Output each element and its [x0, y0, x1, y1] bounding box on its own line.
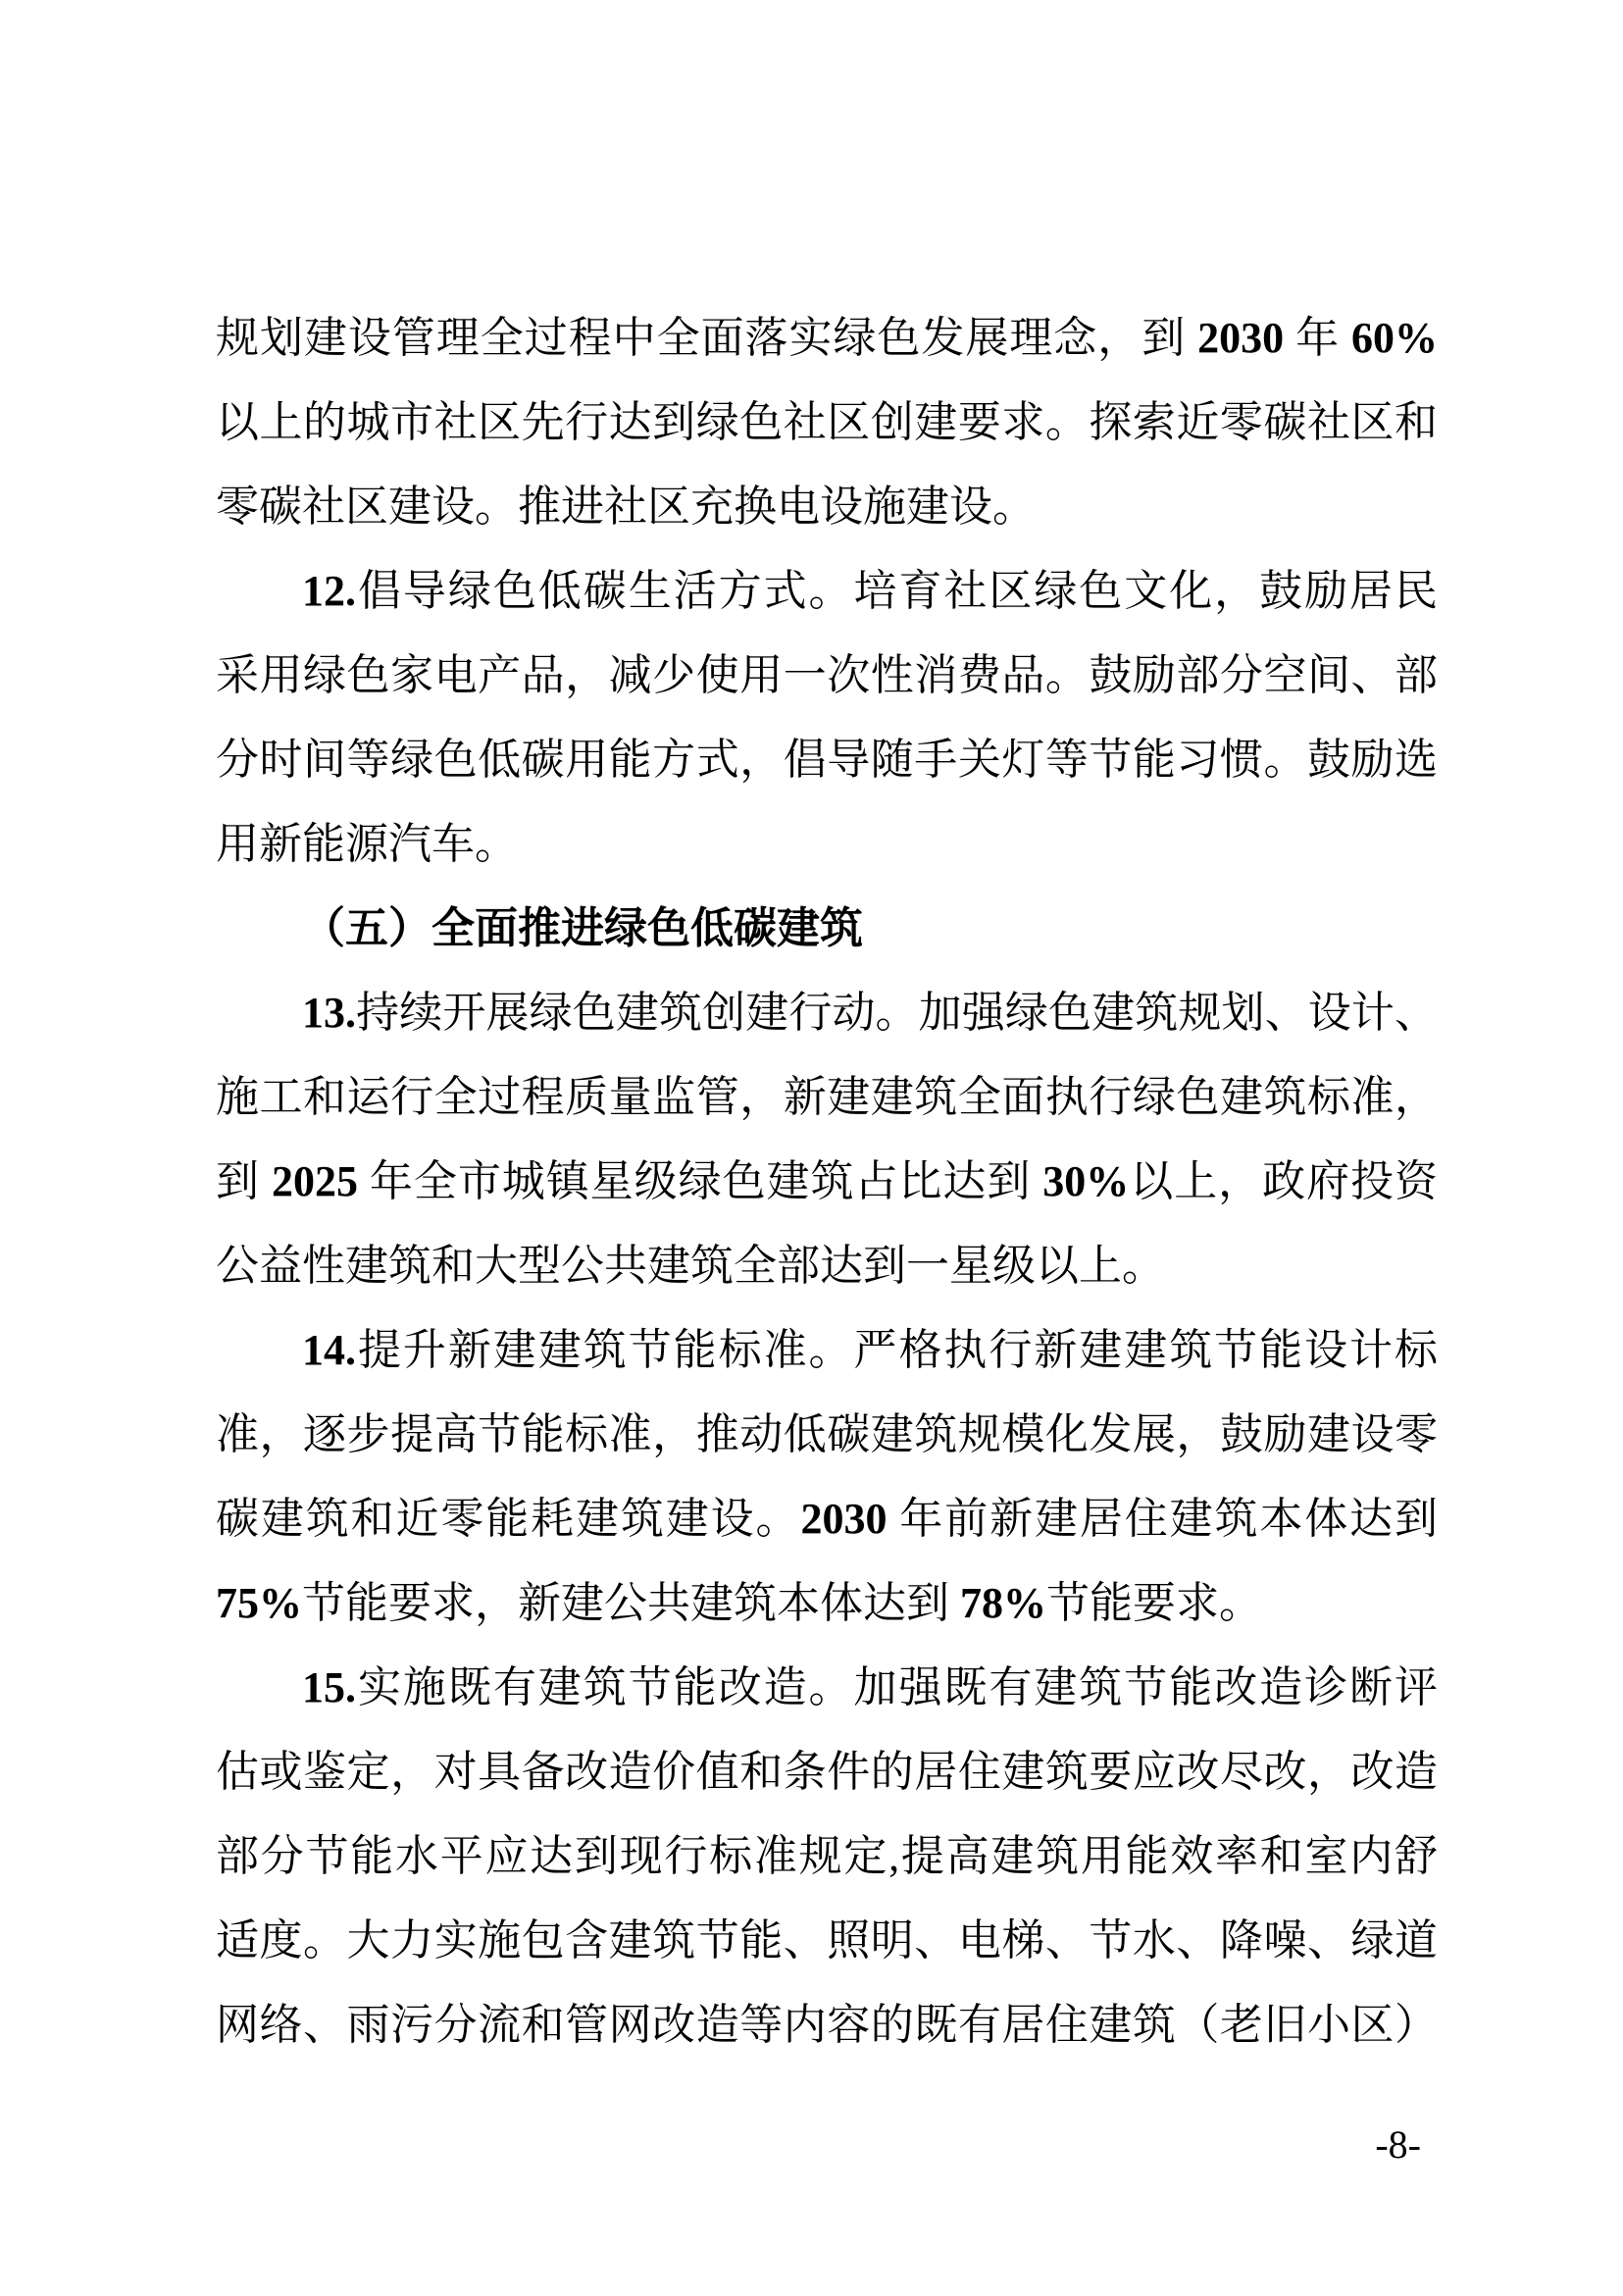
- text-line: 规划建设管理全过程中全面落实绿色发展理念，到 2030 年 60%: [216, 296, 1438, 381]
- text-run-number: 30%: [1042, 1157, 1129, 1205]
- text-line: 到 2025 年全市城镇星级绿色建筑占比达到 30%以上，政府投资: [216, 1140, 1438, 1224]
- text-run: 规划建设管理全过程中全面落实绿色发展理念，到: [216, 314, 1197, 362]
- text-run: 网络、雨污分流和管网改造等内容的既有居住建筑（老旧小区）: [216, 2001, 1438, 2049]
- text-line: 公益性建筑和大型公共建筑全部达到一星级以上。: [216, 1224, 1438, 1308]
- text-line: 采用绿色家电产品，减少使用一次性消费品。鼓励部分空间、部: [216, 634, 1438, 718]
- text-line: 75%节能要求，新建公共建筑本体达到 78%节能要求。: [216, 1561, 1438, 1646]
- text-run: 倡导绿色低碳生活方式。培育社区绿色文化，鼓励居民: [356, 567, 1438, 615]
- text-run: 年全市城镇星级绿色建筑占比达到: [358, 1157, 1042, 1205]
- text-run: 采用绿色家电产品，减少使用一次性消费品。鼓励部分空间、部: [216, 651, 1438, 699]
- text-run: 零碳社区建设。推进社区充换电设施建设。: [216, 483, 1036, 531]
- text-run: 分时间等绿色低碳用能方式，倡导随手关灯等节能习惯。鼓励选: [216, 736, 1438, 784]
- text-run: 准，逐步提高节能标准，推动低碳建筑规模化发展，鼓励建设零: [216, 1410, 1438, 1458]
- text-line: 15.实施既有建筑节能改造。加强既有建筑节能改造诊断评: [216, 1646, 1438, 1730]
- text-line: 用新能源汽车。: [216, 802, 1438, 887]
- text-run: 节能要求，新建公共建筑本体达到: [302, 1579, 960, 1627]
- text-line: 准，逐步提高节能标准，推动低碳建筑规模化发展，鼓励建设零: [216, 1393, 1438, 1477]
- text-run: 实施既有建筑节能改造。加强既有建筑节能改造诊断评: [356, 1663, 1438, 1711]
- document-page: 规划建设管理全过程中全面落实绿色发展理念，到 2030 年 60% 以上的城市社…: [0, 0, 1623, 2296]
- text-line: 碳建筑和近零能耗建筑建设。2030 年前新建居住建筑本体达到: [216, 1477, 1438, 1561]
- text-run: 公益性建筑和大型公共建筑全部达到一星级以上。: [216, 1242, 1165, 1290]
- text-line: 14.提升新建建筑节能标准。严格执行新建建筑节能设计标: [216, 1308, 1438, 1393]
- text-line: 分时间等绿色低碳用能方式，倡导随手关灯等节能习惯。鼓励选: [216, 718, 1438, 802]
- text-line: 网络、雨污分流和管网改造等内容的既有居住建筑（老旧小区）: [216, 1983, 1438, 2067]
- text-run: 适度。大力实施包含建筑节能、照明、电梯、节水、降噪、绿道: [216, 1916, 1438, 1964]
- text-run: 持续开展绿色建筑创建行动。加强绿色建筑规划、设计、: [356, 989, 1438, 1037]
- text-run-number: 60%: [1351, 314, 1438, 362]
- text-run: 部分节能水平应达到现行标准规定,提高建筑用能效率和室内舒: [216, 1832, 1438, 1880]
- text-run-number: 2025: [272, 1157, 358, 1205]
- text-line: 部分节能水平应达到现行标准规定,提高建筑用能效率和室内舒: [216, 1814, 1438, 1899]
- section-heading: （五）全面推进绿色低碳建筑: [216, 887, 1438, 971]
- document-body: 规划建设管理全过程中全面落实绿色发展理念，到 2030 年 60% 以上的城市社…: [216, 296, 1438, 2067]
- text-line: 估或鉴定，对具备改造价值和条件的居住建筑要应改尽改，改造: [216, 1730, 1438, 1814]
- text-run: 节能要求。: [1046, 1579, 1262, 1627]
- text-run: 碳建筑和近零能耗建筑建设。: [216, 1495, 800, 1543]
- text-run-number: 13.: [302, 989, 356, 1037]
- text-run: 年前新建居住建筑本体达到: [887, 1495, 1438, 1543]
- text-run: （五）全面推进绿色低碳建筑: [302, 904, 863, 952]
- text-run: 提升新建建筑节能标准。严格执行新建建筑节能设计标: [356, 1326, 1438, 1374]
- text-line: 13.持续开展绿色建筑创建行动。加强绿色建筑规划、设计、: [216, 971, 1438, 1055]
- text-line: 12.倡导绿色低碳生活方式。培育社区绿色文化，鼓励居民: [216, 549, 1438, 634]
- text-run: 年: [1284, 314, 1351, 362]
- text-line: 施工和运行全过程质量监管，新建建筑全面执行绿色建筑标准，: [216, 1055, 1438, 1140]
- text-run-number: 2030: [800, 1495, 887, 1543]
- text-line: 适度。大力实施包含建筑节能、照明、电梯、节水、降噪、绿道: [216, 1899, 1438, 1983]
- text-run: 以上，政府投资: [1129, 1157, 1438, 1205]
- text-run-number: 75%: [216, 1579, 302, 1627]
- text-line: 以上的城市社区先行达到绿色社区创建要求。探索近零碳社区和: [216, 381, 1438, 465]
- text-run-number: 2030: [1197, 314, 1284, 362]
- page-number: -8-: [1375, 2123, 1421, 2167]
- text-run: 以上的城市社区先行达到绿色社区创建要求。探索近零碳社区和: [216, 398, 1438, 446]
- text-run-number: 15.: [302, 1663, 356, 1711]
- text-line: 零碳社区建设。推进社区充换电设施建设。: [216, 465, 1438, 549]
- text-run: 估或鉴定，对具备改造价值和条件的居住建筑要应改尽改，改造: [216, 1748, 1438, 1796]
- text-run-number: 78%: [960, 1579, 1046, 1627]
- text-run: 到: [216, 1157, 272, 1205]
- text-run-number: 12.: [302, 567, 356, 615]
- text-run-number: 14.: [302, 1326, 356, 1374]
- text-run: 用新能源汽车。: [216, 820, 518, 868]
- text-run: 施工和运行全过程质量监管，新建建筑全面执行绿色建筑标准，: [216, 1073, 1438, 1121]
